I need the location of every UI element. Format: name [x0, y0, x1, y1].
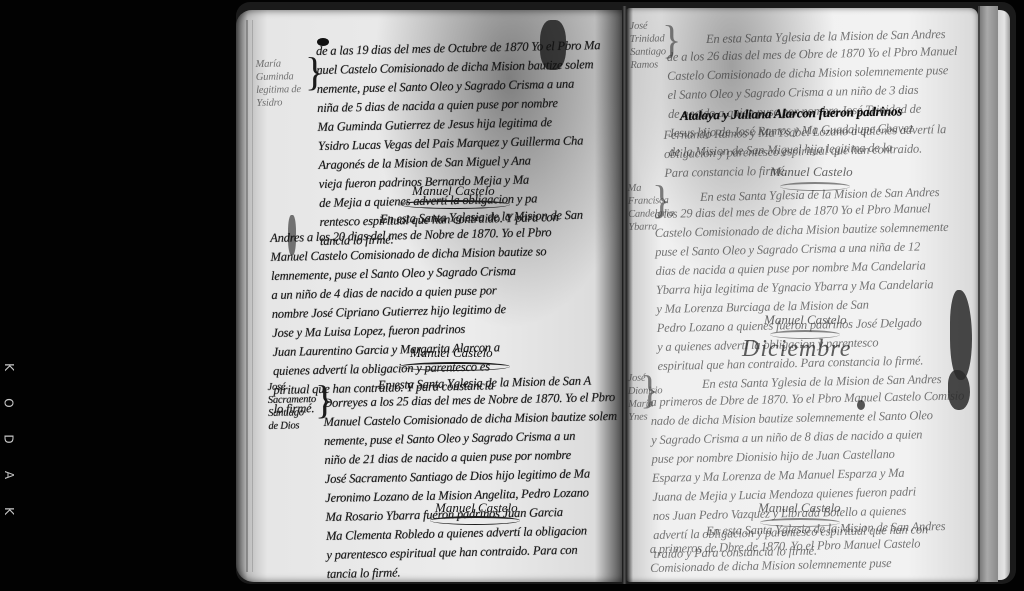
entry-text: Dorreyes a los 25 dias del mes de Nobre …: [323, 388, 620, 584]
margin-note: María Guminda legitima de Ysidro: [255, 57, 301, 110]
priest-signature: Manuel Castelo: [764, 312, 847, 328]
month-heading: Diciembre: [742, 336, 851, 363]
signature-flourish: [430, 516, 520, 525]
margin-note: José Sacramento Santiago de Dios: [267, 380, 316, 433]
priest-signature: Manuel Castelo: [410, 345, 493, 361]
page-edges: [996, 10, 1010, 580]
page-stack-edge: [978, 6, 998, 582]
microfilm-frame: K O D A K María Guminda legitima de Ysid…: [0, 0, 1024, 591]
film-edge-letter: K: [2, 363, 16, 371]
film-edge-letter: D: [2, 434, 16, 443]
ink-spot: [857, 400, 865, 410]
signature-flourish: [400, 362, 510, 371]
priest-signature: Manuel Castelo: [758, 500, 841, 516]
film-edge-letter: K: [2, 507, 16, 515]
ink-blot: [317, 38, 329, 46]
ink-stain: [288, 215, 296, 255]
ink-stain: [540, 20, 566, 70]
film-edge-print: K O D A K: [2, 360, 16, 518]
film-edge-letter: O: [2, 398, 16, 407]
margin-note: José Trinidad Santiago Ramos: [629, 19, 666, 72]
entry-text: a primeros de Dbre de 1870. Yo el Pbro M…: [650, 534, 921, 578]
page-damage: [948, 370, 970, 410]
priest-signature: Manuel Castelo: [770, 164, 853, 180]
film-edge-letter: A: [2, 471, 16, 479]
priest-signature: Manuel Castelo: [435, 500, 518, 516]
priest-signature: Manuel Castelo: [412, 183, 495, 199]
